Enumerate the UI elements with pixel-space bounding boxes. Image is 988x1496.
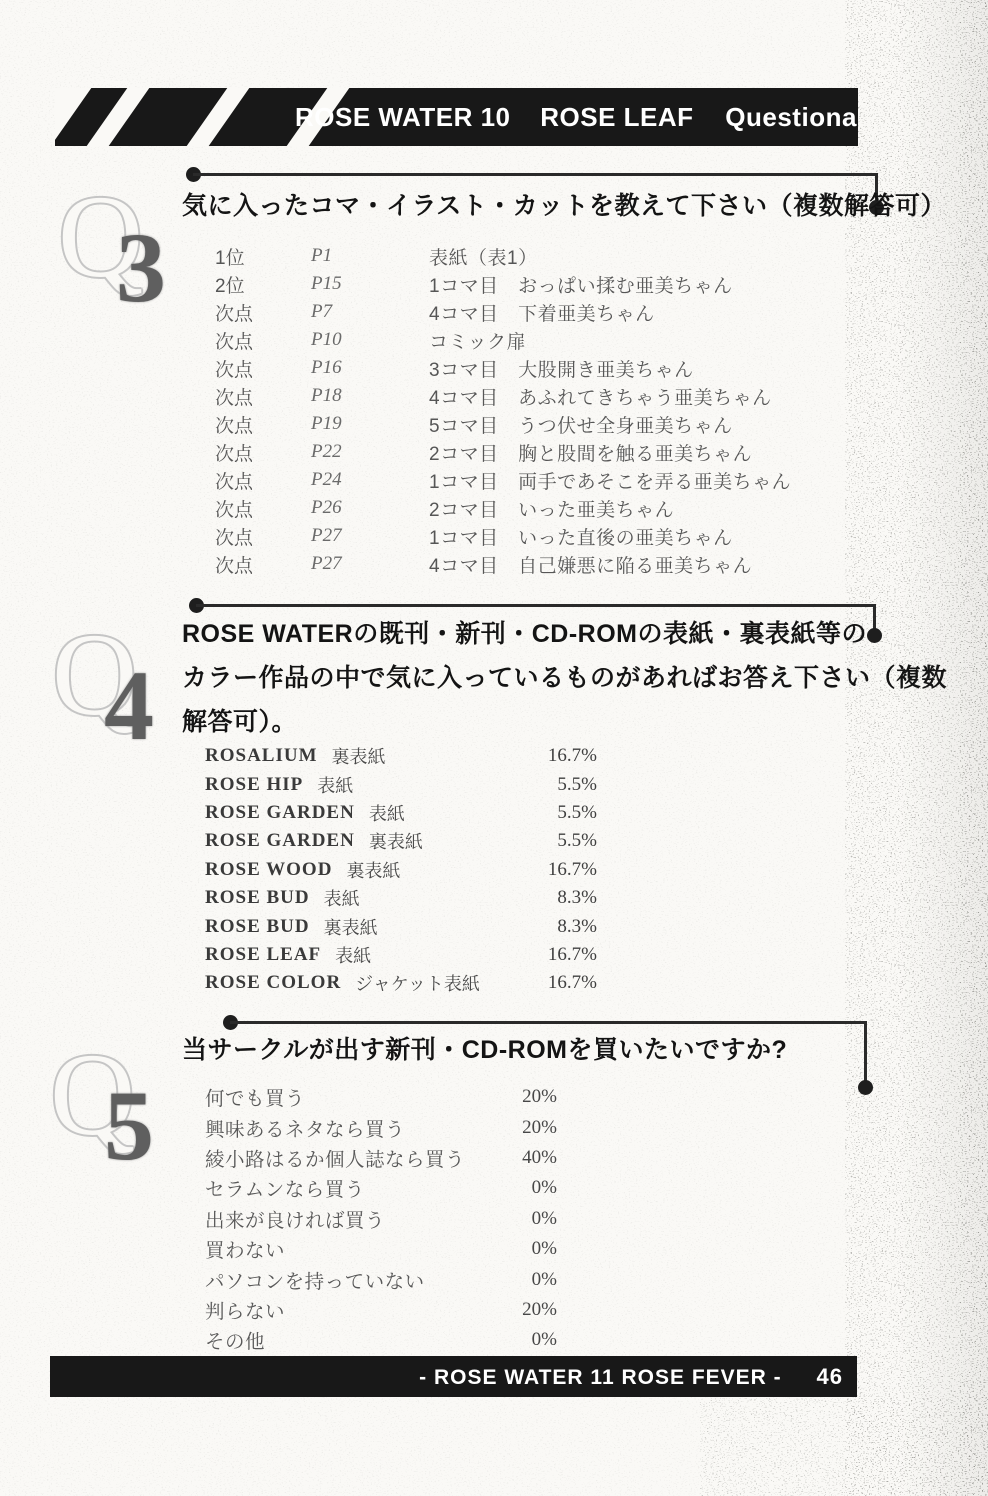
q3-ranking-list: 1位 P1 表紙（表1） 2位 P15 1コマ目 おっぱい揉む亜美ちゃん 次点 … (215, 242, 835, 578)
q3-connector-line (193, 173, 878, 176)
q5-connector-line (230, 1021, 867, 1024)
percentage-value: 5.5% (557, 802, 597, 824)
page-edge-shadow (898, 0, 988, 1496)
q5-heading: 当サークルが出す新刊・CD-ROMを買いたいですか? (182, 1030, 787, 1066)
answer-label: パソコンを持っていない (205, 1266, 425, 1294)
panel-description: 1コマ目 おっぱい揉む亜美ちゃん (429, 271, 835, 298)
percentage-value: 20% (522, 1086, 557, 1108)
q5-connector-drop (864, 1021, 867, 1083)
book-title: ROSE GARDEN (205, 802, 355, 824)
q4-result-row: ROSE GARDEN 裏表紙 5.5% (205, 827, 597, 855)
answer-label: 何でも買う (205, 1083, 305, 1111)
percentage-value: 16.7% (548, 944, 597, 966)
panel-description: 1コマ目 いった直後の亜美ちゃん (429, 523, 835, 550)
page-number: P27 (311, 553, 429, 575)
q4-heading-line-2: カラー作品の中で気に入っているものがあればお答え下さい（複数 (182, 656, 947, 700)
q5-number: 5 (104, 1076, 154, 1176)
answer-label: その他 (205, 1326, 265, 1354)
percentage-value: 0% (532, 1238, 557, 1260)
q4-result-row: ROSE BUD 裏表紙 8.3% (205, 912, 597, 940)
rank-label: 次点 (215, 299, 311, 326)
rank-label: 次点 (215, 439, 311, 466)
percentage-value: 5.5% (557, 830, 597, 852)
percentage-value: 8.3% (557, 887, 597, 909)
percentage-value: 0% (532, 1269, 557, 1291)
scanned-questionnaire-page: ROSE WATER 10 ROSE LEAF Questionary Resu… (0, 0, 988, 1496)
page-number: P1 (311, 245, 429, 267)
q3-ranking-row: 次点 P22 2コマ目 胸と股間を触る亜美ちゃん (215, 438, 835, 466)
footer-banner: - ROSE WATER 11 ROSE FEVER - 46 (50, 1356, 857, 1397)
q5-result-row: 買わない 0% (205, 1234, 557, 1264)
q5-connector-end-dot (858, 1080, 873, 1095)
rank-label: 1位 (215, 243, 311, 270)
book-title: ROSALIUM (205, 745, 318, 767)
title-part-results: Questionary Results (725, 102, 858, 132)
q4-number: 4 (104, 656, 154, 756)
title-part-book: ROSE LEAF (540, 102, 693, 132)
q4-heading-line-1: ROSE WATERの既刊・新刊・CD-ROMの表紙・裏表紙等の (182, 612, 947, 656)
q5-result-row: 出来が良ければ買う 0% (205, 1204, 557, 1234)
cover-type-label: 裏表紙 (332, 743, 386, 769)
percentage-value: 8.3% (557, 916, 597, 938)
book-title: ROSE COLOR (205, 972, 341, 994)
book-title: ROSE WOOD (205, 859, 332, 881)
answer-label: 買わない (205, 1235, 285, 1263)
cover-type-label: 表紙 (324, 885, 360, 911)
panel-description: 5コマ目 うつ伏せ全身亜美ちゃん (429, 411, 835, 438)
q4-connector-line (196, 604, 876, 607)
q5-results-list: 何でも買う 20% 興味あるネタなら買う 20% 綾小路はるか個人誌なら買う 4… (205, 1082, 557, 1356)
header-banner: ROSE WATER 10 ROSE LEAF Questionary Resu… (55, 88, 858, 146)
q4-heading-line-3: 解答可）。 (182, 700, 947, 744)
panel-description: 1コマ目 両手であそこを弄る亜美ちゃん (429, 467, 835, 494)
page-number: P7 (311, 301, 429, 323)
q3-ranking-row: 2位 P15 1コマ目 おっぱい揉む亜美ちゃん (215, 270, 835, 298)
q5-result-row: パソコンを持っていない 0% (205, 1264, 557, 1294)
answer-label: 興味あるネタなら買う (205, 1114, 405, 1142)
page-number: P10 (311, 329, 429, 351)
q3-ranking-row: 次点 P27 1コマ目 いった直後の亜美ちゃん (215, 522, 835, 550)
q3-ranking-row: 次点 P24 1コマ目 両手であそこを弄る亜美ちゃん (215, 466, 835, 494)
q4-result-row: ROSE WOOD 裏表紙 16.7% (205, 856, 597, 884)
percentage-value: 40% (522, 1147, 557, 1169)
page-number: P27 (311, 525, 429, 547)
percentage-value: 0% (532, 1208, 557, 1230)
percentage-value: 5.5% (557, 774, 597, 796)
q3-ranking-row: 次点 P19 5コマ目 うつ伏せ全身亜美ちゃん (215, 410, 835, 438)
q5-result-row: セラムンなら買う 0% (205, 1173, 557, 1203)
panel-description: 3コマ目 大股開き亜美ちゃん (429, 355, 835, 382)
answer-label: 出来が良ければ買う (205, 1205, 385, 1233)
q5-result-row: 何でも買う 20% (205, 1082, 557, 1112)
banner-slash-2 (181, 88, 255, 146)
rank-label: 次点 (215, 523, 311, 550)
footer-book-title: - ROSE WATER 11 ROSE FEVER - (419, 1366, 782, 1389)
q5-result-row: 興味あるネタなら買う 20% (205, 1112, 557, 1142)
rank-label: 次点 (215, 355, 311, 382)
q3-ranking-row: 次点 P7 4コマ目 下着亜美ちゃん (215, 298, 835, 326)
footer-page-number: 46 (817, 1364, 843, 1389)
panel-description: 表紙（表1） (429, 243, 835, 270)
cover-type-label: 裏表紙 (369, 828, 423, 854)
page-number: P26 (311, 497, 429, 519)
cover-type-label: 裏表紙 (346, 857, 400, 883)
percentage-value: 16.7% (548, 745, 597, 767)
q4-result-row: ROSE HIP 表紙 5.5% (205, 770, 597, 798)
title-part-issue: ROSE WATER 10 (295, 102, 511, 132)
page-number: P22 (311, 441, 429, 463)
q4-result-row: ROSE GARDEN 表紙 5.5% (205, 799, 597, 827)
page-number: P19 (311, 413, 429, 435)
percentage-value: 0% (532, 1329, 557, 1351)
q3-ranking-row: 次点 P27 4コマ目 自己嫌悪に陥る亜美ちゃん (215, 550, 835, 578)
q4-results-list: ROSALIUM 裏表紙 16.7% ROSE HIP 表紙 5.5% ROSE… (205, 742, 597, 998)
panel-description: 2コマ目 胸と股間を触る亜美ちゃん (429, 439, 835, 466)
page-number: P16 (311, 357, 429, 379)
panel-description: 4コマ目 下着亜美ちゃん (429, 299, 835, 326)
q3-ranking-row: 次点 P16 3コマ目 大股開き亜美ちゃん (215, 354, 835, 382)
q4-result-row: ROSALIUM 裏表紙 16.7% (205, 742, 597, 770)
rank-label: 次点 (215, 551, 311, 578)
q3-heading: 気に入ったコマ・イラスト・カットを教えて下さい（複数解答可） (182, 186, 946, 222)
q4-result-row: ROSE BUD 表紙 8.3% (205, 884, 597, 912)
percentage-value: 0% (532, 1177, 557, 1199)
percentage-value: 16.7% (548, 859, 597, 881)
page-number: P18 (311, 385, 429, 407)
rank-label: 2位 (215, 271, 311, 298)
banner-slash-corner (55, 88, 97, 146)
book-title: ROSE GARDEN (205, 830, 355, 852)
q3-ranking-row: 次点 P10 コミック扉 (215, 326, 835, 354)
rank-label: 次点 (215, 411, 311, 438)
book-title: ROSE HIP (205, 774, 303, 796)
cover-type-label: 表紙 (317, 772, 353, 798)
q3-ranking-row: 1位 P1 表紙（表1） (215, 242, 835, 270)
cover-type-label: 表紙 (369, 800, 405, 826)
rank-label: 次点 (215, 495, 311, 522)
book-title: ROSE BUD (205, 916, 310, 938)
book-title: ROSE LEAF (205, 944, 321, 966)
q5-result-row: 判らない 20% (205, 1295, 557, 1325)
banner-slash-1 (81, 88, 155, 146)
cover-type-label: ジャケット表紙 (355, 970, 480, 996)
footer-text: - ROSE WATER 11 ROSE FEVER - 46 (419, 1356, 843, 1397)
q4-result-row: ROSE COLOR ジャケット表紙 16.7% (205, 969, 597, 997)
rank-label: 次点 (215, 467, 311, 494)
q5-result-row: その他 0% (205, 1325, 557, 1355)
page-number: P15 (311, 273, 429, 295)
panel-description: 2コマ目 いった亜美ちゃん (429, 495, 835, 522)
q4-result-row: ROSE LEAF 表紙 16.7% (205, 941, 597, 969)
page-number: P24 (311, 469, 429, 491)
answer-label: 綾小路はるか個人誌なら買う (205, 1144, 465, 1172)
percentage-value: 16.7% (548, 972, 597, 994)
q3-ranking-row: 次点 P18 4コマ目 あふれてきちゃう亜美ちゃん (215, 382, 835, 410)
panel-description: コミック扉 (429, 327, 835, 354)
book-title: ROSE BUD (205, 887, 310, 909)
rank-label: 次点 (215, 383, 311, 410)
cover-type-label: 裏表紙 (324, 914, 378, 940)
q4-heading: ROSE WATERの既刊・新刊・CD-ROMの表紙・裏表紙等の カラー作品の中… (182, 612, 947, 744)
panel-description: 4コマ目 自己嫌悪に陥る亜美ちゃん (429, 551, 835, 578)
q3-number: 3 (116, 218, 166, 318)
answer-label: セラムンなら買う (205, 1174, 365, 1202)
page-title: ROSE WATER 10 ROSE LEAF Questionary Resu… (295, 88, 850, 146)
q3-ranking-row: 次点 P26 2コマ目 いった亜美ちゃん (215, 494, 835, 522)
answer-label: 判らない (205, 1296, 285, 1324)
q5-result-row: 綾小路はるか個人誌なら買う 40% (205, 1143, 557, 1173)
cover-type-label: 表紙 (335, 942, 371, 968)
rank-label: 次点 (215, 327, 311, 354)
percentage-value: 20% (522, 1299, 557, 1321)
panel-description: 4コマ目 あふれてきちゃう亜美ちゃん (429, 383, 835, 410)
percentage-value: 20% (522, 1117, 557, 1139)
